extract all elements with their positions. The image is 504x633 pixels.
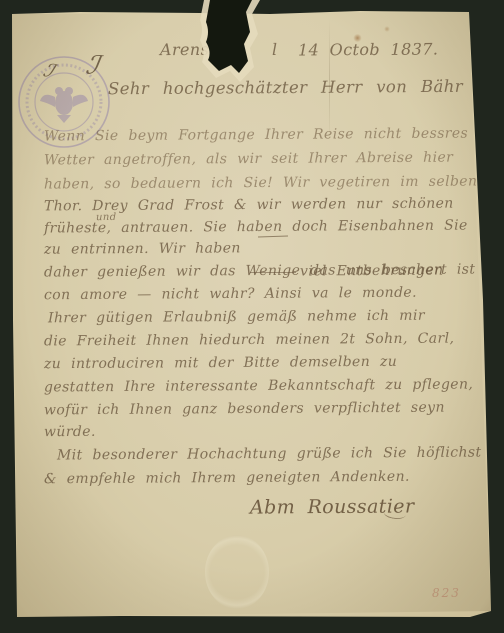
letter-line: zu entrinnen. Wir haben [44,240,241,257]
inserted-word: und [96,212,117,223]
catalog-number: 823 [432,586,461,600]
dash-mark [250,272,296,273]
dateline-date: 14 Octob 1837. [298,40,438,60]
eagle-emblem-icon [40,87,88,123]
letter-line: gestatten Ihre interessante Bekanntschaf… [44,377,473,396]
torn-hole [192,0,302,86]
letter-line: Wetter angetroffen, als wir seit Ihrer A… [44,150,453,169]
letter-line: Wenn Sie beym Fortgange Ihrer Reise nich… [44,126,468,145]
age-spot [384,26,390,32]
scanned-letter-page: { "letter": { "dateline_fragments": { "l… [0,0,504,633]
letter-line: Ihrer gütigen Erlaubniß gemäß nehme ich … [48,308,425,327]
letter-line: zu introduciren mit der Bitte demselben … [44,354,397,372]
letter-line: con amore — nicht wahr? Ainsi va le mond… [44,285,417,304]
letter-line: haben, so bedauern ich Sie! Wir vegetire… [44,173,477,192]
letter-line: Mit besonderer Hochachtung grüße ich Sie… [57,445,482,464]
embossed-watermark [205,535,269,609]
letter-line: daher genießen wir das Wenige das uns be… [44,261,476,280]
letter-line: würde. [44,424,96,440]
letter-line: wofür ich Ihnen ganz besonders verpflich… [44,400,445,419]
letter-line: die Freiheit Ihnen hiedurch meinen 2t So… [44,331,454,350]
letter-line: & empfehle mich Ihrem geneigten Andenken… [44,469,410,488]
